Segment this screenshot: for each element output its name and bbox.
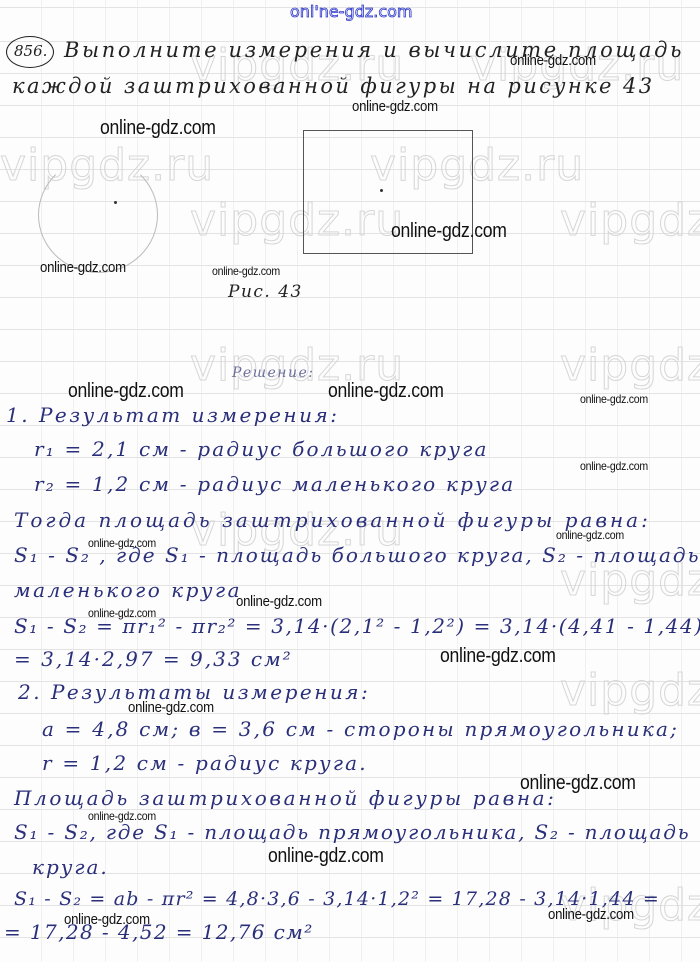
part1-r1: r₁ = 2,1 см - радиус большого круга (34, 437, 489, 461)
site-watermark: online-gdz.com (88, 809, 156, 823)
circle-center-dot (114, 201, 117, 204)
rect-center-dot (380, 189, 383, 192)
site-watermark: online-gdz.com (328, 380, 444, 403)
site-watermark: online-gdz.com (212, 264, 280, 278)
bg-watermark: vipgdz.ru (560, 195, 700, 246)
solution-heading: Решение: (232, 365, 315, 381)
part2-def1: S₁ - S₂, где S₁ - площадь прямоугольника… (14, 820, 690, 844)
part2-calc2: = 17,28 - 4,52 = 12,76 см² (4, 920, 314, 944)
site-watermark: online-gdz.com (64, 911, 150, 928)
site-watermark: online-gdz.com (100, 117, 216, 140)
site-watermark: online-gdz.com (88, 536, 156, 550)
part2-sides: a = 4,8 см; в = 3,6 см - стороны прямоуг… (42, 717, 679, 741)
part1-r2: r₂ = 1,2 см - радиус маленького круга (34, 472, 515, 496)
task-line-2: каждой заштрихованной фигуры на рисунке … (12, 74, 654, 98)
site-watermark: online-gdz.com (268, 845, 384, 868)
site-watermark: online-gdz.com (391, 220, 507, 243)
task-number-badge: 856. (6, 36, 54, 68)
site-watermark: online-gdz.com (88, 606, 156, 620)
site-watermark: online-gdz.com (580, 459, 648, 473)
part1-def2: маленького круга (14, 578, 242, 602)
site-watermark: online-gdz.com (556, 528, 624, 542)
site-watermark: online-gdz.com (68, 380, 184, 403)
part2-then: Площадь заштрихованной фигуры равна: (14, 786, 557, 810)
figure-caption: Рис. 43 (228, 282, 303, 302)
site-watermark: online-gdz.com (440, 645, 556, 668)
site-watermark: online-gdz.com (128, 699, 214, 716)
notebook-page: vipgdz.ru vipgdz.ru vipgdz.ru vipgdz.ru … (0, 0, 700, 962)
site-watermark: online-gdz.com (548, 906, 634, 923)
bg-watermark: vipgdz.ru (560, 665, 700, 716)
site-watermark: online-gdz.com (352, 98, 438, 115)
bg-watermark: vipgdz.ru (560, 340, 700, 391)
site-watermark: online-gdz.com (510, 52, 596, 69)
task-number: 856. (14, 42, 47, 60)
part1-calc2: = 3,14·2,97 = 9,33 см² (14, 647, 293, 671)
header-watermark: onl'ne-gdz.com (290, 2, 413, 21)
site-watermark: online-gdz.com (580, 392, 648, 406)
part1-title: 1. Результат измерения: (6, 403, 339, 427)
part2-def2: круга. (32, 855, 109, 879)
site-watermark: online-gdz.com (520, 772, 636, 795)
site-watermark: online-gdz.com (236, 593, 322, 610)
site-watermark: online-gdz.com (40, 259, 126, 276)
part2-radius: r = 1,2 см - радиус круга. (42, 751, 368, 775)
figure-circle (38, 157, 158, 273)
